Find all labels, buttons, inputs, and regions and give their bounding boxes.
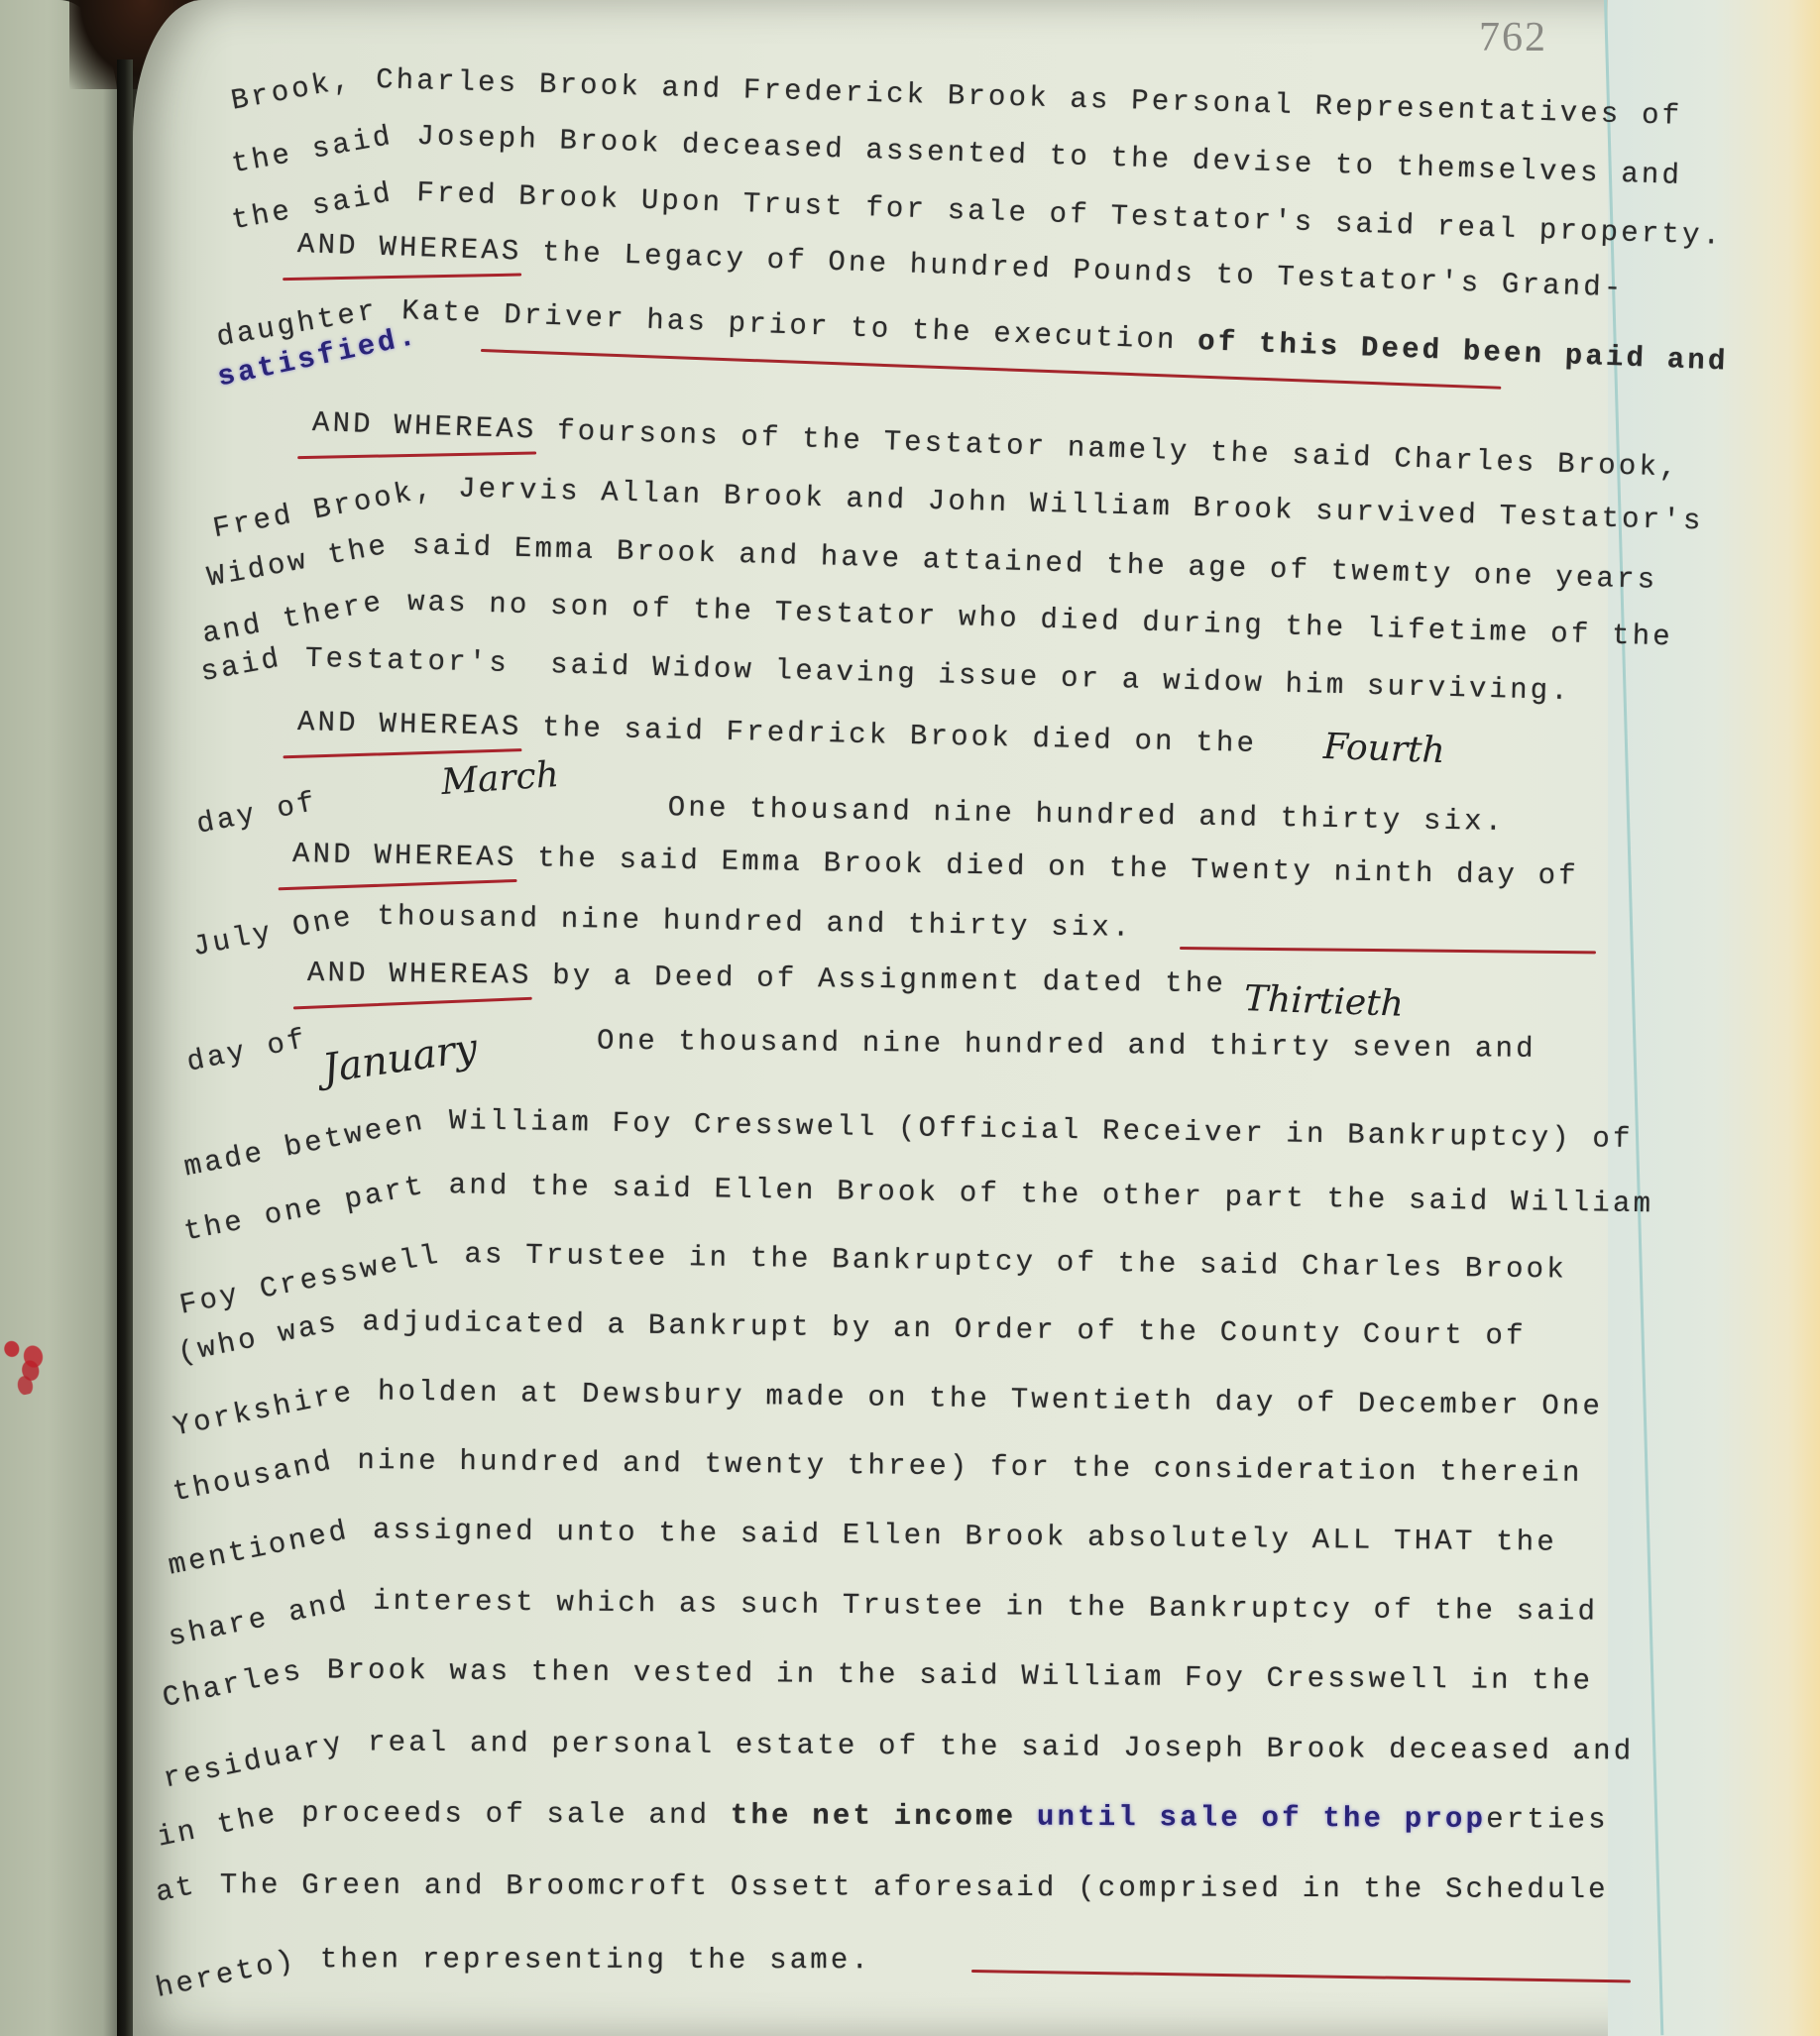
whereas-heading: AND WHEREAS [307, 957, 532, 992]
line-text: The Green and Broomcroft Ossett aforesai… [199, 1868, 1609, 1906]
line-text: then representing the same. [299, 1943, 871, 1977]
handwritten-march: March [440, 754, 560, 803]
book-gutter [117, 59, 133, 2036]
line-tail: erties [1486, 1803, 1609, 1837]
handwritten-fourth: Fourth [1322, 727, 1445, 771]
handwritten-thirtieth: Thirtieth [1243, 978, 1404, 1025]
blue-ink-text: until sale of the prop [1037, 1801, 1486, 1836]
facing-page-edge [0, 0, 119, 2036]
whereas-heading: AND WHEREAS [292, 838, 517, 874]
whereas-heading: AND WHEREAS [297, 706, 522, 743]
right-margin [1608, 0, 1820, 2036]
line-text: proceeds of sale and [282, 1797, 731, 1832]
deed-line: hereto) then representing the same. [157, 1943, 871, 1977]
page-number: 762 [1479, 14, 1547, 61]
deed-line: at The Green and Broomcroft Ossett afore… [159, 1868, 1609, 1906]
bold-text: the net income [731, 1799, 1037, 1834]
